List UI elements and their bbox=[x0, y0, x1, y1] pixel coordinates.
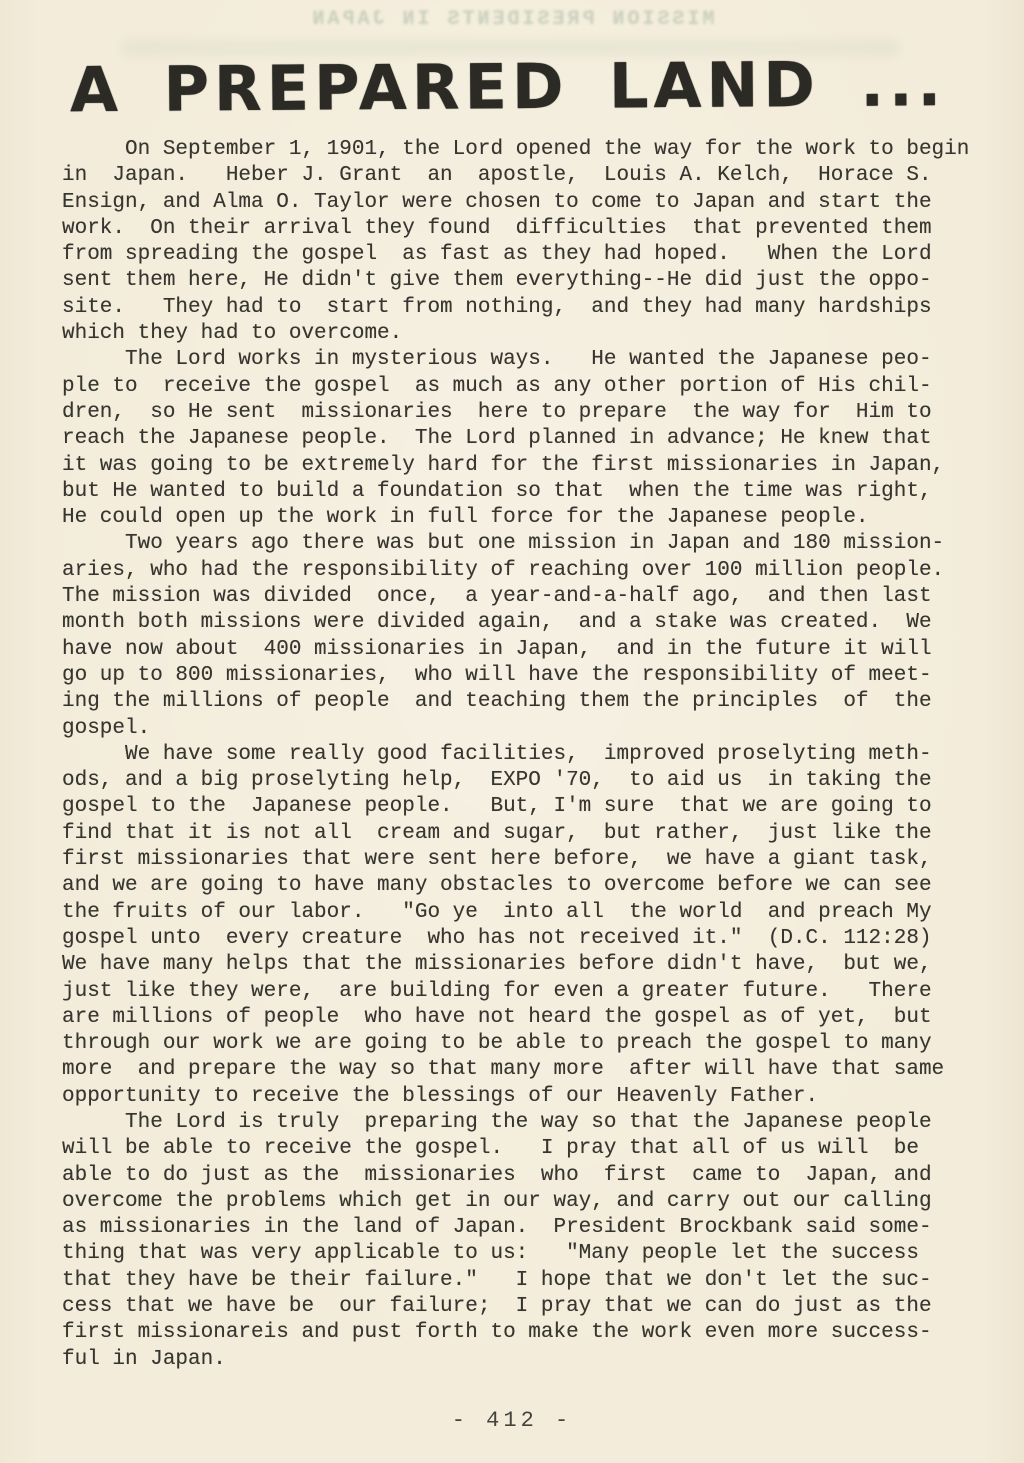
document-content: A PREPARED LAND ... On September 1, 1901… bbox=[62, 0, 992, 1373]
body-text: On September 1, 1901, the Lord opened th… bbox=[62, 137, 992, 1373]
paragraph-3: Two years ago there was but one mission … bbox=[62, 531, 992, 741]
paragraph-2: The Lord works in mysterious ways. He wa… bbox=[62, 347, 992, 531]
paragraph-4: We have some really good facilities, imp… bbox=[62, 742, 992, 1110]
paragraph-1: On September 1, 1901, the Lord opened th… bbox=[62, 137, 992, 347]
page-title: A PREPARED LAND ... bbox=[70, 47, 992, 126]
scanned-document-page: MISSION PRESIDENTS IN JAPAN A PREPARED L… bbox=[0, 0, 1024, 1463]
page-number: - 412 - bbox=[0, 1408, 1024, 1433]
paragraph-5: The Lord is truly preparing the way so t… bbox=[62, 1110, 992, 1373]
